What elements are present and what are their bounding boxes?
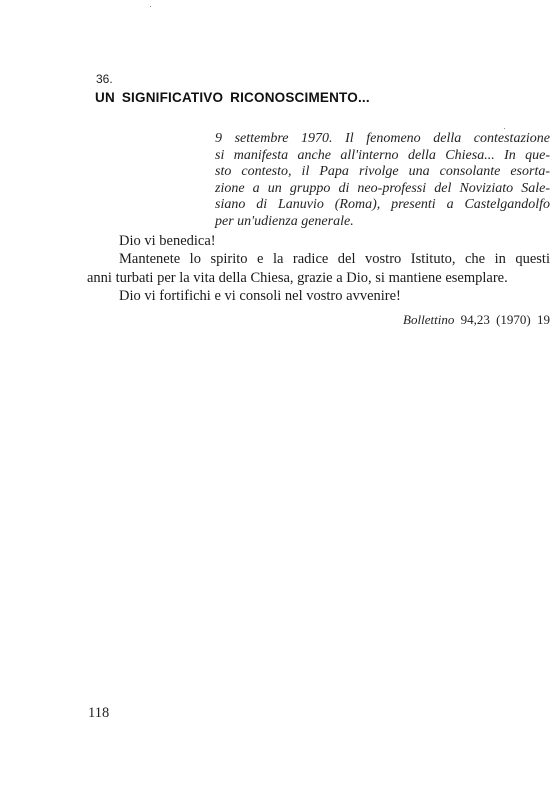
section-title: UN SIGNIFICATIVO RICONOSCIMENTO... <box>95 90 370 105</box>
body-paragraph-line: Mantenete lo spirito e la radice del vos… <box>87 250 550 268</box>
citation: Bollettino 94,23 (1970) 19 <box>403 312 550 328</box>
intro-line: per un'udienza generale. <box>215 214 550 231</box>
section-number: 36. <box>96 72 113 86</box>
scan-speck <box>504 128 505 129</box>
intro-line: si manifesta anche all'interno della Chi… <box>215 148 550 165</box>
citation-source: Bollettino <box>403 312 454 327</box>
scan-speck <box>150 6 151 7</box>
intro-line: siano di Lanuvio (Roma), presenti a Cast… <box>215 197 550 214</box>
intro-line: sto contesto, il Papa rivolge una consol… <box>215 164 550 181</box>
intro-paragraph: 9 settembre 1970. Il fenomeno della cont… <box>215 131 550 231</box>
intro-line: 9 settembre 1970. Il fenomeno della cont… <box>215 131 550 148</box>
body-paragraph-line: anni turbati per la vita della Chiesa, g… <box>87 269 550 287</box>
body-paragraph: Dio vi benedica! <box>87 232 550 250</box>
page-number: 118 <box>88 705 109 722</box>
document-page: 36. UN SIGNIFICATIVO RICONOSCIMENTO... 9… <box>0 0 559 794</box>
body-paragraph: Dio vi fortifichi e vi consoli nel vostr… <box>87 287 550 305</box>
body-text: Dio vi benedica! Mantenete lo spirito e … <box>87 232 550 305</box>
citation-reference: 94,23 (1970) 19 <box>461 312 550 327</box>
intro-line: zione a un gruppo di neo-professi del No… <box>215 181 550 198</box>
